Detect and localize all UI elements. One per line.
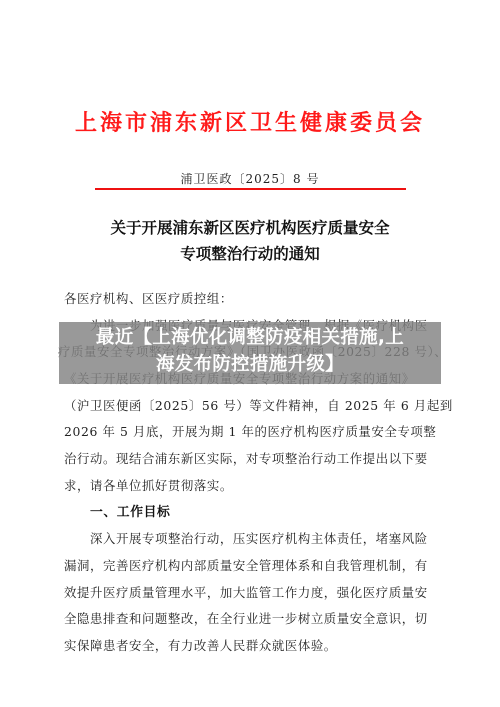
paragraph-1-line: 2026 年 5 月底，开展为期 1 年的医疗机构医疗质量安全专项整 <box>64 419 440 446</box>
paragraph-2-line: 全隐患排查和问题整改，在全行业进一步树立质量安全意识，切 <box>64 606 440 633</box>
paragraph-1-line: 治行动。现结合浦东新区实际，对专项整治行动工作提出以下要 <box>64 446 440 473</box>
document-title-line-2: 专项整治行动的通知 <box>0 244 500 264</box>
paragraph-2-line: 深入开展专项整治行动，压实医疗机构主体责任，堵塞风险 <box>64 526 440 553</box>
paragraph-2-line: 漏洞，完善医疗机构内部质量安全管理体系和自我管理机制，有 <box>64 553 440 580</box>
headline-overlay-text: 最近【上海优化调整防疫相关措施,上 海发布防控措施升级】 <box>59 324 441 378</box>
salutation: 各医疗机构、区医疗质控组： <box>64 286 440 313</box>
paragraph-2-line: 实保障患者安全，有力改善人民群众就医体验。 <box>64 633 440 660</box>
headline-line-2: 海发布防控措施升级】 <box>59 351 441 378</box>
red-divider-rule <box>95 188 406 190</box>
document-title-line-1: 关于开展浦东新区医疗机构医疗质量安全 <box>0 218 500 238</box>
paragraph-1-line: 求，请各单位抓好贯彻落实。 <box>64 473 440 500</box>
paragraph-2-line: 效提升医疗质量管理水平，加大监管工作力度，强化医疗质量安 <box>64 580 440 607</box>
issuing-authority-masthead: 上海市浦东新区卫生健康委员会 <box>0 108 500 138</box>
section-heading-work-goals: 一、工作目标 <box>64 500 440 527</box>
document-number: 浦卫医政〔2025〕8 号 <box>0 170 500 188</box>
headline-line-1: 最近【上海优化调整防疫相关措施,上 <box>59 324 441 351</box>
paragraph-1-line: （沪卫医便函〔2025〕56 号）等文件精神，自 2025 年 6 月起到 <box>64 393 440 420</box>
